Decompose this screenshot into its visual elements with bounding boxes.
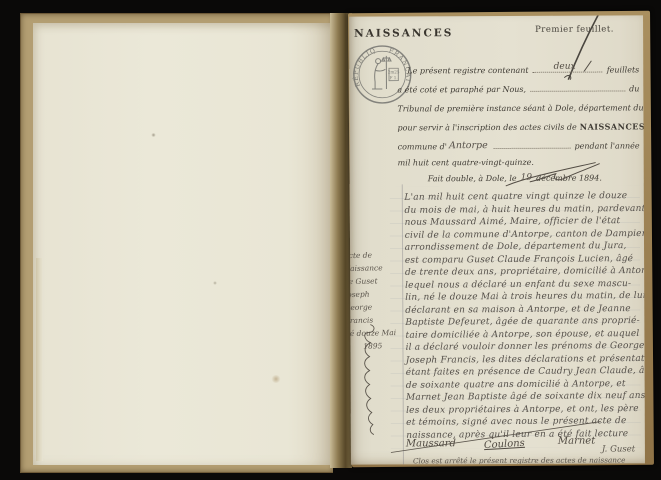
printed-text: du [629, 84, 639, 93]
handwritten-fill-feuillets-count: deux [554, 62, 576, 72]
preamble-line-2: a été coté et paraphé par Nous, du [397, 74, 639, 94]
signature-maire: Maussard [406, 438, 456, 449]
printed-text: commune d' [398, 142, 447, 151]
foxing-stain [151, 133, 156, 137]
foxing-stain [213, 281, 217, 285]
page-title: NAISSANCES [354, 27, 453, 39]
signature-declarant: J. Guset [602, 444, 635, 454]
dotted-blank: deux / [533, 72, 603, 73]
foxing-stain [271, 375, 281, 383]
scanned-register-spread: NAISSANCES Premier feuillet. RÉPUBLIQUE … [0, 0, 661, 480]
printed-text: feuillets [607, 65, 640, 74]
page-stack-edge [36, 258, 43, 461]
paraph-slash: / [584, 58, 591, 74]
dotted-blank [494, 148, 571, 149]
printed-naissances-bold: NAISSANCES [580, 121, 645, 131]
left-page-cover-edge [20, 13, 333, 473]
preamble-line-1: Le présent registre contenant deux / feu… [397, 55, 639, 75]
right-register-page: NAISSANCES Premier feuillet. RÉPUBLIQUE … [349, 15, 645, 464]
signature-row: Maussard Coulons Marnet J. Guset [406, 435, 641, 454]
printed-text: pendant l'année [574, 141, 639, 150]
signature-temoin-1: Coulons [484, 438, 525, 451]
sheet-number-label: Premier feuillet. [535, 24, 614, 34]
margin-closure-squiggle-icon [356, 323, 379, 448]
left-blank-page [33, 23, 333, 465]
dotted-blank [530, 90, 625, 91]
preamble-line-5: commune d' Antorpe pendant l'année [398, 131, 640, 151]
preamble-line-3: Tribunal de première instance séant à Do… [397, 93, 639, 113]
register-closing-line: Clos est arrêté le présent registre des … [413, 455, 643, 464]
signature-temoin-2: Marnet [558, 436, 595, 447]
handwritten-birth-act: L'an mil huit cent quatre vingt quinze l… [404, 191, 645, 443]
preamble-line-4: pour servir à l'inscription des actes ci… [397, 112, 639, 132]
handwritten-commune-name: Antorpe [449, 140, 488, 151]
